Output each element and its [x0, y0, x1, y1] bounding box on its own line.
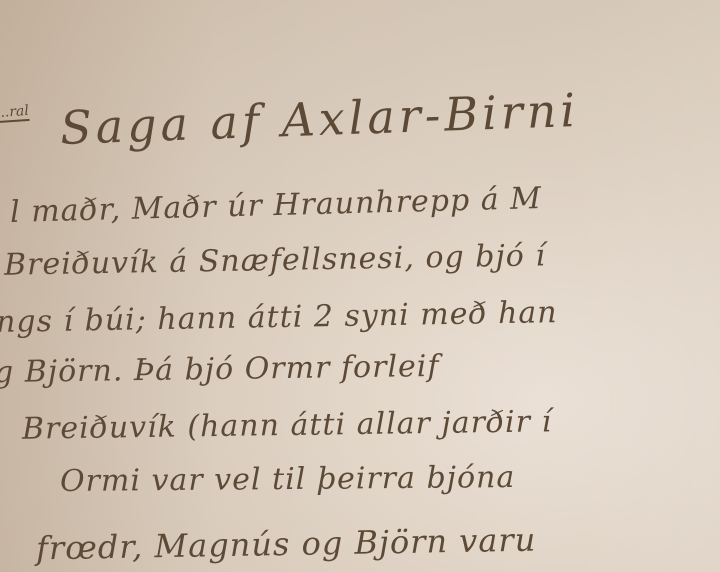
manuscript-line-3: ngs í búi; hann átti 2 syni með han [0, 295, 558, 340]
manuscript-page: ...ral Saga af Axlar-Birni l maðr, Maðr … [0, 0, 720, 572]
manuscript-line-4: g Björn. Þá bjó Ormr forleif [0, 349, 440, 390]
margin-note: ...ral [0, 103, 29, 123]
manuscript-title: Saga af Axlar-Birni [59, 83, 580, 155]
manuscript-line-7: frœdr, Magnús og Björn varu [36, 521, 537, 568]
manuscript-line-6: Ormi var vel til þeirra bjóna [60, 460, 516, 499]
manuscript-line-5: Breiðuvík (hann átti allar jarðir í [22, 404, 553, 446]
manuscript-line-1: l maðr, Maðr úr Hraunhrepp á M [10, 181, 543, 230]
manuscript-line-2: Breiðuvík á Snæfellsnesi, og bjó í [4, 238, 546, 282]
